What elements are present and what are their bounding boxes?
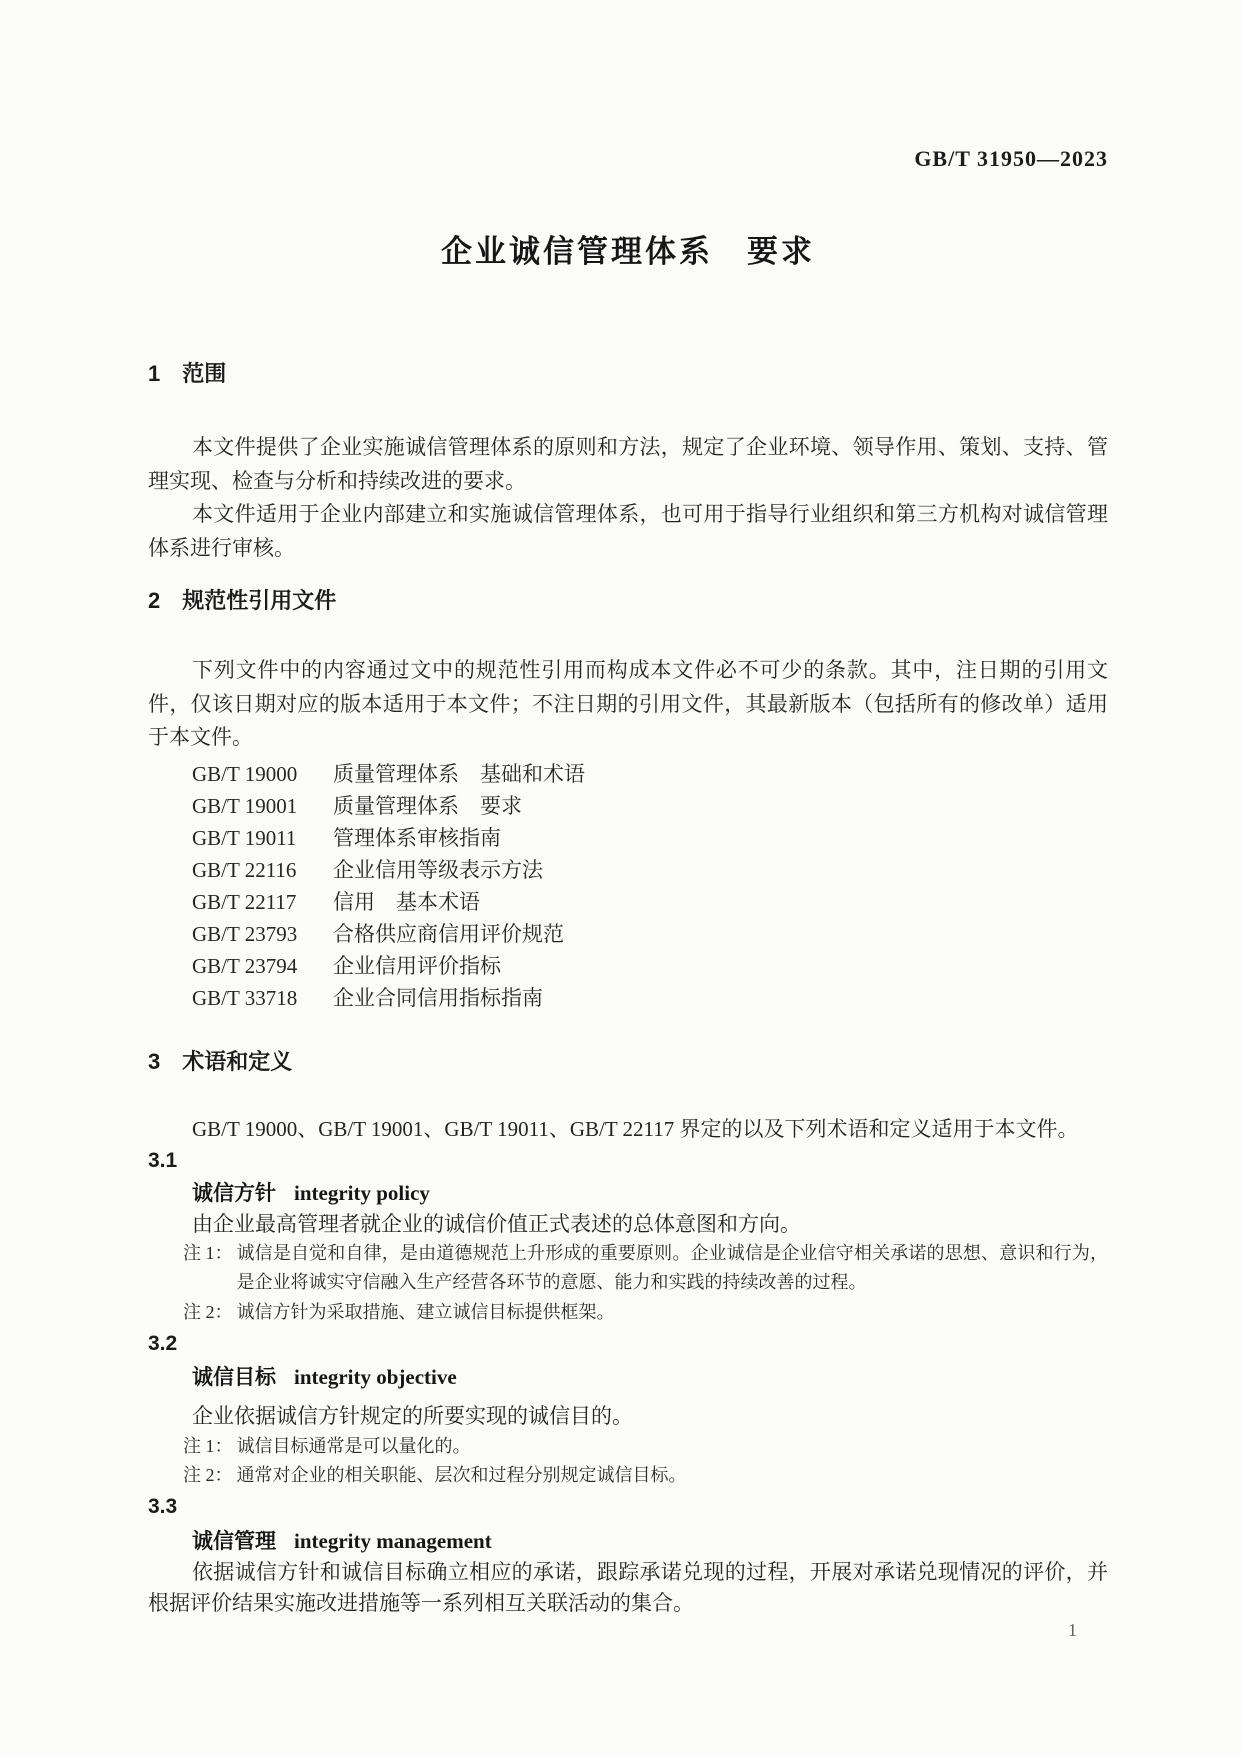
- reference-code: GB/T 22117: [192, 886, 333, 918]
- note-text: 通常对企业的相关职能、层次和过程分别规定诚信目标。: [237, 1461, 1109, 1490]
- clause-3-number: 3: [148, 1049, 160, 1075]
- reference-item: GB/T 22117信用 基本术语: [148, 886, 1108, 918]
- document-page: GB/T 31950—2023 企业诚信管理体系 要求 1范围 本文件提供了企业…: [0, 0, 1241, 1755]
- reference-title: 信用 基本术语: [333, 890, 480, 914]
- term-3-1-note-1: 注 1：诚信是自觉和自律，是由道德规范上升形成的重要原则。企业诚信是企业信守相关…: [148, 1239, 1108, 1297]
- note-label: 注 2：: [183, 1461, 233, 1490]
- reference-code: GB/T 33718: [192, 982, 333, 1014]
- term-3-1-note-2: 注 2：诚信方针为采取措施、建立诚信目标提供框架。: [148, 1298, 1108, 1327]
- scope-paragraph-1: 本文件提供了企业实施诚信管理体系的原则和方法，规定了企业环境、领导作用、策划、支…: [148, 431, 1108, 498]
- reference-code: GB/T 19001: [192, 790, 333, 822]
- reference-code: GB/T 23794: [192, 950, 333, 982]
- reference-list: GB/T 19000质量管理体系 基础和术语 GB/T 19001质量管理体系 …: [148, 758, 1108, 1014]
- term-3-1-zh: 诚信方针: [192, 1182, 276, 1205]
- clause-3-heading: 3术语和定义: [148, 1049, 1108, 1075]
- term-3-3-name: 诚信管理integrity management: [148, 1526, 1108, 1557]
- term-3-3-definition: 依据诚信方针和诚信目标确立相应的承诺，跟踪承诺兑现的过程，开展对承诺兑现情况的评…: [148, 1557, 1108, 1619]
- term-3-1-en: integrity policy: [294, 1181, 430, 1205]
- term-3-3-en: integrity management: [294, 1529, 492, 1553]
- reference-item: GB/T 23793合格供应商信用评价规范: [148, 918, 1108, 950]
- clause-2-title: 规范性引用文件: [182, 588, 336, 613]
- reference-title: 企业信用等级表示方法: [333, 858, 543, 882]
- term-3-2-note-2: 注 2：通常对企业的相关职能、层次和过程分别规定诚信目标。: [148, 1461, 1108, 1490]
- term-3-2-name: 诚信目标integrity objective: [148, 1362, 1108, 1393]
- reference-code: GB/T 23793: [192, 918, 333, 950]
- reference-code: GB/T 19011: [192, 822, 333, 854]
- note-text: 诚信目标通常是可以量化的。: [237, 1432, 1109, 1461]
- term-3-2-number: 3.2: [148, 1329, 1108, 1359]
- reference-title: 企业信用评价指标: [333, 954, 501, 978]
- page-content: 企业诚信管理体系 要求 1范围 本文件提供了企业实施诚信管理体系的原则和方法，规…: [148, 0, 1108, 1619]
- scope-paragraph-2: 本文件适用于企业内部建立和实施诚信管理体系，也可用于指导行业组织和第三方机构对诚…: [148, 498, 1108, 565]
- term-3-3-zh: 诚信管理: [192, 1530, 276, 1553]
- references-intro: 下列文件中的内容通过文中的规范性引用而构成本文件必不可少的条款。其中，注日期的引…: [148, 654, 1108, 755]
- reference-item: GB/T 22116企业信用等级表示方法: [148, 854, 1108, 886]
- note-text: 诚信是自觉和自律，是由道德规范上升形成的重要原则。企业诚信是企业信守相关承诺的思…: [237, 1239, 1109, 1297]
- page-number: 1: [1068, 1620, 1077, 1641]
- clause-1-number: 1: [148, 361, 160, 387]
- reference-item: GB/T 19001质量管理体系 要求: [148, 790, 1108, 822]
- term-3-2-zh: 诚信目标: [192, 1366, 276, 1389]
- reference-title: 质量管理体系 要求: [333, 794, 522, 818]
- term-3-1-name: 诚信方针integrity policy: [148, 1178, 1108, 1209]
- clause-2-number: 2: [148, 588, 160, 614]
- term-3-2-note-1: 注 1：诚信目标通常是可以量化的。: [148, 1432, 1108, 1461]
- term-3-3-number: 3.3: [148, 1492, 1108, 1522]
- term-3-1-definition: 由企业最高管理者就企业的诚信价值正式表述的总体意图和方向。: [148, 1209, 1108, 1239]
- term-3-2-en: integrity objective: [294, 1365, 457, 1389]
- note-label: 注 1：: [183, 1432, 233, 1461]
- note-label: 注 1：: [183, 1239, 233, 1297]
- term-3-1-number: 3.1: [148, 1146, 1108, 1176]
- note-label: 注 2：: [183, 1298, 233, 1327]
- document-title: 企业诚信管理体系 要求: [148, 232, 1108, 272]
- reference-title: 管理体系审核指南: [333, 826, 501, 850]
- reference-code: GB/T 22116: [192, 854, 333, 886]
- reference-item: GB/T 19011管理体系审核指南: [148, 822, 1108, 854]
- clause-1-title: 范围: [182, 361, 226, 386]
- clause-2-heading: 2规范性引用文件: [148, 588, 1108, 614]
- reference-item: GB/T 33718企业合同信用指标指南: [148, 982, 1108, 1014]
- term-3-2-definition: 企业依据诚信方针规定的所要实现的诚信目的。: [148, 1401, 1108, 1431]
- clause-1-heading: 1范围: [148, 361, 1108, 387]
- reference-title: 质量管理体系 基础和术语: [333, 762, 585, 786]
- reference-item: GB/T 23794企业信用评价指标: [148, 950, 1108, 982]
- reference-item: GB/T 19000质量管理体系 基础和术语: [148, 758, 1108, 790]
- note-text: 诚信方针为采取措施、建立诚信目标提供框架。: [237, 1298, 1109, 1327]
- clause-3-title: 术语和定义: [182, 1049, 292, 1074]
- reference-title: 合格供应商信用评价规范: [333, 922, 564, 946]
- terms-intro: GB/T 19000、GB/T 19001、GB/T 19011、GB/T 22…: [148, 1113, 1108, 1147]
- reference-code: GB/T 19000: [192, 758, 333, 790]
- reference-title: 企业合同信用指标指南: [333, 986, 543, 1010]
